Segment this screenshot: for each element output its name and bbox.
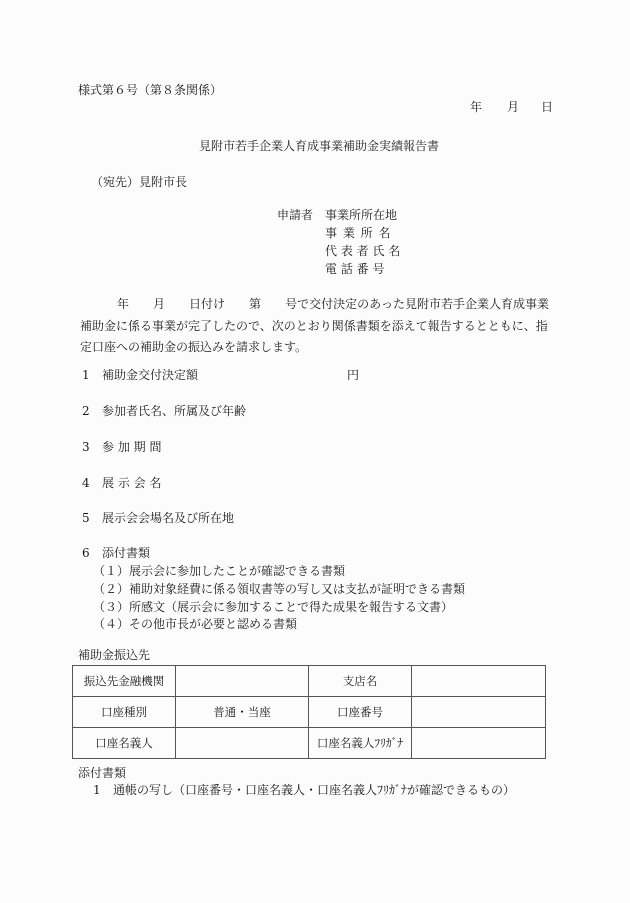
account-holder-label: 口座名義人: [73, 728, 176, 759]
account-holder-kana-label: 口座名義人ﾌﾘｶﾞﾅ: [309, 728, 412, 759]
account-number-field[interactable]: [412, 697, 546, 728]
attachment-item: （２）補助対象経費に係る領収書等の写し又は支払が証明できる書類: [93, 582, 465, 596]
document-title: 見附市若手企業人育成事業補助金実績報告書: [199, 139, 439, 153]
form-number: 様式第６号（第８条関係）: [78, 83, 222, 97]
applicant-label: 申請者: [277, 208, 313, 222]
date-day: 日: [541, 100, 553, 114]
body-text: 号で交付決定のあった見附市若手企業人育成事業補助金に係る事業が完了したので、次の…: [80, 297, 549, 354]
item-number: 2: [82, 404, 90, 418]
bank-name-label: 振込先金融機関: [73, 666, 176, 697]
account-type-label: 口座種別: [73, 697, 176, 728]
date-year: 年: [470, 100, 482, 114]
bank-attachments-heading: 添付書類: [78, 766, 126, 780]
item-label: 参 加 期 間: [102, 440, 161, 454]
branch-name-field[interactable]: [412, 666, 546, 697]
branch-name-label: 支店名: [309, 666, 412, 697]
date-month: 月: [507, 100, 519, 114]
item-label: 展 示 会 名: [102, 476, 161, 490]
applicant-field-address: 事業所所在地: [325, 208, 397, 222]
item-number: 3: [82, 440, 90, 454]
applicant-field-phone: 電 話 番 号: [325, 262, 384, 276]
bank-heading: 補助金振込先: [78, 648, 150, 662]
item-number: 1: [93, 783, 101, 797]
attachment-item: （１）展示会に参加したことが確認できる書類: [93, 564, 345, 578]
body-number-prefix: 第: [249, 297, 261, 311]
addressee: （宛先）見附市長: [91, 175, 187, 189]
account-number-label: 口座番号: [309, 697, 412, 728]
table-row: 口座名義人 口座名義人ﾌﾘｶﾞﾅ: [73, 728, 546, 759]
attachment-item: （３）所感文（展示会に参加することで得た成果を報告する文書）: [93, 600, 453, 614]
account-type-field[interactable]: 普通・当座: [176, 697, 309, 728]
item-label: 添付書類: [102, 546, 150, 560]
attachment-item: （４）その他市長が必要と認める書類: [93, 617, 297, 631]
bank-name-field[interactable]: [176, 666, 309, 697]
applicant-field-representative: 代 表 者 氏 名: [325, 244, 400, 258]
item-number: 6: [82, 546, 90, 560]
body-year: 年: [117, 297, 129, 311]
item-label: 展示会会場名及び所在地: [102, 511, 234, 525]
item-number: 1: [82, 368, 90, 382]
item-text: 通帳の写し（口座番号・口座名義人・口座名義人ﾌﾘｶﾞﾅが確認できるもの）: [113, 783, 515, 797]
item-label: 参加者氏名、所属及び年齢: [102, 404, 246, 418]
applicant-field-office: 事 業 所 名: [325, 226, 391, 240]
bank-table: 振込先金融機関 支店名 口座種別 普通・当座 口座番号 口座名義人 口座名義人ﾌ…: [72, 665, 546, 759]
table-row: 口座種別 普通・当座 口座番号: [73, 697, 546, 728]
body-day: 日付け: [189, 297, 225, 311]
body-month: 月: [153, 297, 165, 311]
yen-unit: 円: [347, 368, 359, 382]
item-label: 補助金交付決定額: [102, 368, 198, 382]
account-holder-kana-field[interactable]: [412, 728, 546, 759]
body-paragraph: 年月日付け第号で交付決定のあった見附市若手企業人育成事業補助金に係る事業が完了し…: [80, 294, 555, 359]
account-holder-field[interactable]: [176, 728, 309, 759]
item-number: 4: [82, 476, 90, 490]
item-number: 5: [82, 511, 90, 525]
table-row: 振込先金融機関 支店名: [73, 666, 546, 697]
